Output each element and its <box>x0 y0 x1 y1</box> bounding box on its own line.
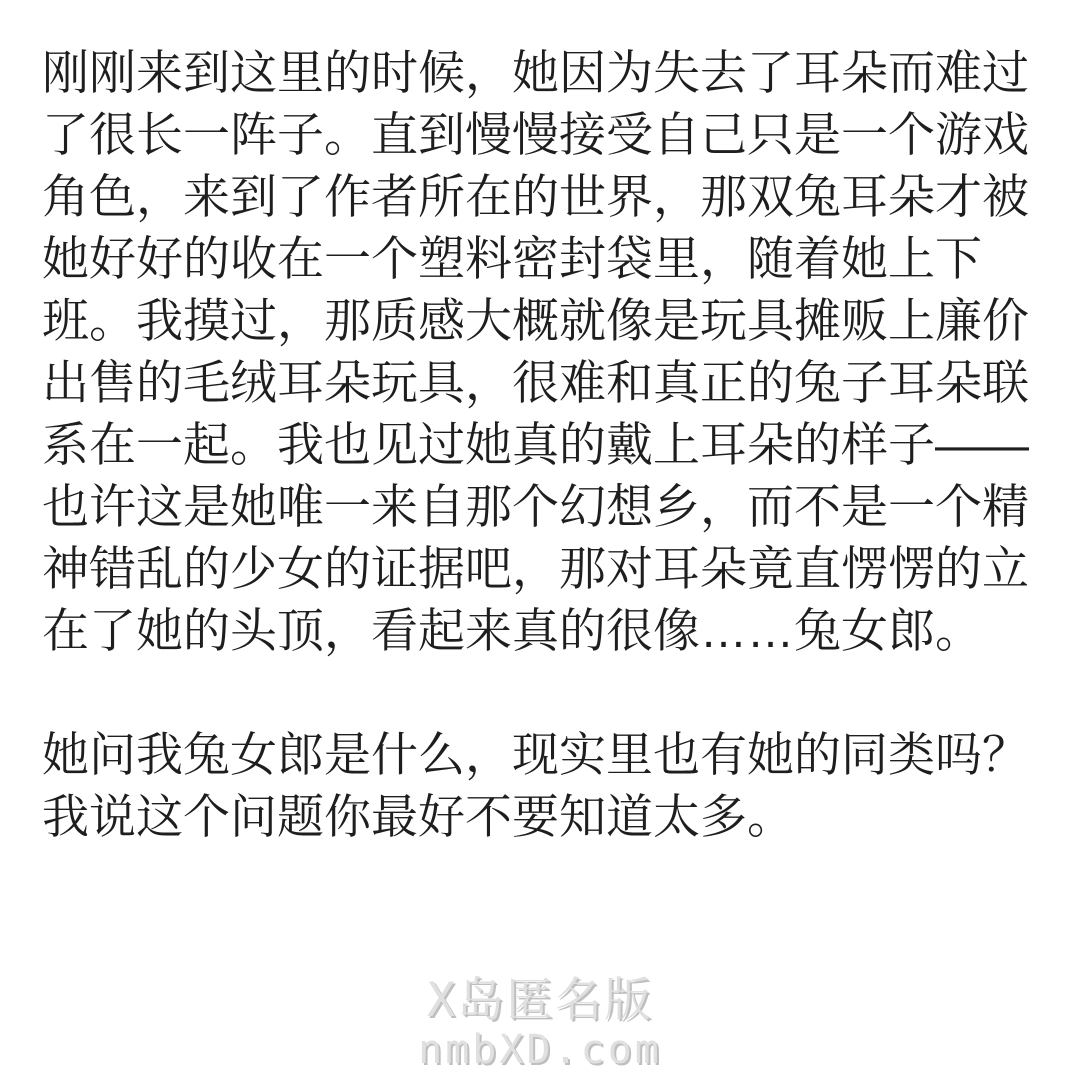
text-line: 她问我兔女郎是什么，现实里也有她的同类吗？ <box>42 724 1042 786</box>
post-page: 刚刚来到这里的时候，她因为失去了耳朵而难过 了很长一阵子。直到慢慢接受自己只是一… <box>0 0 1080 1078</box>
text-line: 了很长一阵子。直到慢慢接受自己只是一个游戏 <box>42 104 1042 166</box>
text-line: 班。我摸过，那质感大概就像是玩具摊贩上廉价 <box>42 290 1042 352</box>
text-line: 系在一起。我也见过她真的戴上耳朵的样子—— <box>42 414 1042 476</box>
text-line: 角色，来到了作者所在的世界，那双兔耳朵才被 <box>42 166 1042 228</box>
text-line: 在了她的头顶，看起来真的很像……兔女郎。 <box>42 600 1042 662</box>
post-body-text: 刚刚来到这里的时候，她因为失去了耳朵而难过 了很长一阵子。直到慢慢接受自己只是一… <box>42 42 1042 848</box>
text-line: 神错乱的少女的证据吧，那对耳朵竟直愣愣的立 <box>42 538 1042 600</box>
text-line: 她好好的收在一个塑料密封袋里，随着她上下 <box>42 228 1042 290</box>
watermark-site-domain: nmbXD.com <box>0 1030 1080 1070</box>
text-line: 我说这个问题你最好不要知道太多。 <box>42 786 1042 848</box>
watermark: X岛匿名版 nmbXD.com <box>0 972 1080 1070</box>
post-paragraph-2: 她问我兔女郎是什么，现实里也有她的同类吗？ 我说这个问题你最好不要知道太多。 <box>42 724 1042 848</box>
text-line: 也许这是她唯一来自那个幻想乡，而不是一个精 <box>42 476 1042 538</box>
watermark-site-name: X岛匿名版 <box>0 972 1080 1030</box>
text-line: 刚刚来到这里的时候，她因为失去了耳朵而难过 <box>42 42 1042 104</box>
post-paragraph-1: 刚刚来到这里的时候，她因为失去了耳朵而难过 了很长一阵子。直到慢慢接受自己只是一… <box>42 42 1042 662</box>
text-line: 出售的毛绒耳朵玩具，很难和真正的兔子耳朵联 <box>42 352 1042 414</box>
